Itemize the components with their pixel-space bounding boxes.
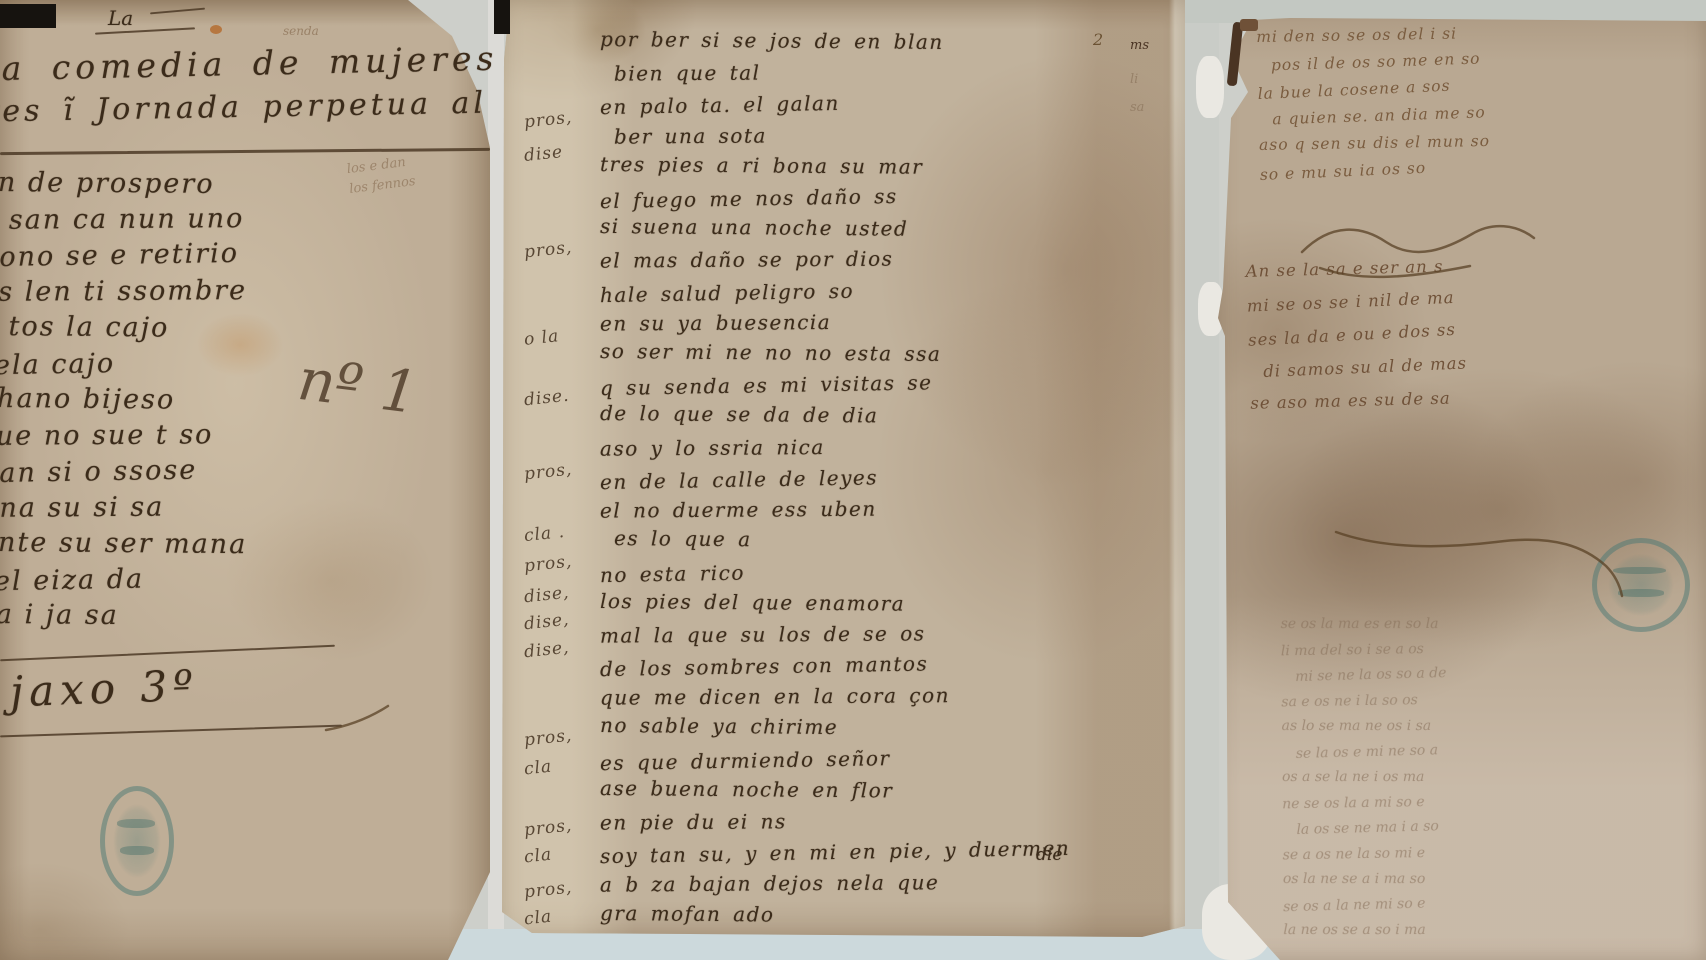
speaker-label: cla: [523, 757, 553, 780]
dialogue-line: el mas daño se por dios: [600, 243, 1070, 277]
cast-line: una su si sa: [0, 489, 247, 527]
bleedthrough-line: la ne os se a so i ma: [1283, 918, 1448, 944]
faded-text-block-top: mi den so se os del i si pos il de os so…: [1256, 19, 1491, 187]
cast-line: hono se e retirio: [0, 236, 248, 277]
torn-corner-ink-mark: [1240, 19, 1258, 31]
right-margin-note: sa: [1130, 100, 1144, 115]
cast-line: ante su ser mana: [0, 525, 247, 563]
cast-line: sa i ja sa: [0, 597, 247, 635]
line-end-note: die: [1036, 845, 1062, 865]
bleedthrough-line: ne se os la a mi so e: [1282, 789, 1448, 817]
dialogue-line: a b za bajan dejos nela que: [600, 867, 1070, 901]
cast-line: han si o ssose: [0, 452, 248, 493]
dialogue-line: por ber si se jos de en blan: [600, 24, 1070, 59]
cast-line: os len ti ssombre: [0, 273, 247, 311]
cast-line: e tos la cajo: [0, 309, 247, 347]
dialogue-line: en palo ta. el galan: [600, 84, 1071, 123]
speaker-label: cla: [523, 845, 553, 868]
bleedthrough-line: mi se ne la os so a de: [1295, 661, 1447, 690]
dialogue-line: ase buena noche en flor: [600, 773, 1070, 808]
speaker-label: cla .: [523, 522, 566, 546]
faint-side-notes: los e dan los fennos: [346, 152, 417, 200]
speaker-label: cla: [523, 907, 553, 930]
dialogue-line: si suena una noche usted: [600, 211, 1070, 246]
bleedthrough-line: os la ne se a i ma so: [1283, 867, 1448, 893]
wax-stain-dot: [210, 25, 222, 34]
header-flourish: La: [108, 6, 133, 30]
bleedthrough-text-block: se os la ma es en so la li ma del so i s…: [1281, 611, 1449, 944]
faded-text-line: se aso ma es su de sa: [1250, 381, 1469, 420]
bleedthrough-line: la os se ne ma i a so: [1296, 814, 1448, 843]
dialogue-line: el no duerme ess uben: [600, 492, 1070, 526]
page-gap-left: [488, 0, 504, 960]
scan-clamp-mark: [494, 0, 510, 34]
library-stamp-seal: [100, 786, 174, 896]
dialogue-line: de lo que se da de dia: [600, 398, 1070, 433]
bleedthrough-line: li ma del so i se a os: [1281, 636, 1447, 664]
bleedthrough-line: os a se la ne i os ma: [1282, 765, 1447, 791]
scan-clamp-mark: [0, 4, 56, 28]
bleedthrough-line: sa e os ne i la so os: [1281, 687, 1447, 715]
bleedthrough-line: as lo se ma ne os i sa: [1282, 714, 1447, 740]
manuscript-scan: La senda la comedia de mujeres res ĩ Jor…: [0, 0, 1706, 960]
cast-line: ela cajo: [0, 344, 248, 384]
cast-line: el eiza da: [0, 560, 248, 600]
cast-line: o san ca nun uno: [0, 201, 247, 239]
right-margin-note: li: [1130, 72, 1138, 87]
numero-annotation: nº 1: [294, 345, 421, 427]
cast-list: en de prospero o san ca nun uno hono se …: [0, 166, 247, 634]
cast-line: en de prospero: [0, 165, 247, 203]
dialogue-text-block: por ber si se jos de en blan bien que ta…: [600, 26, 1070, 931]
library-stamp-seal: [1592, 538, 1690, 632]
cast-line: chano bijeso: [0, 381, 247, 419]
speaker-label: dise: [523, 142, 564, 166]
dialogue-line: gra mofan ado: [600, 898, 1070, 933]
bleedthrough-line: se a os ne la so mi e: [1282, 840, 1448, 868]
speaker-label: o la: [523, 326, 560, 350]
cast-line: sue no sue t so: [0, 417, 247, 455]
dialogue-line: ber una sota: [614, 118, 1070, 152]
dialogue-line: que me dicen en la cora çon: [600, 680, 1070, 714]
faded-text-block-middle: An se la sa e ser an s mi se os se i nil…: [1245, 248, 1469, 421]
torn-edge-reveal: [1196, 56, 1224, 118]
bleedthrough-line: se os a la ne mi so e: [1283, 890, 1449, 920]
bleedthrough-line: se la os e mi ne so a: [1295, 737, 1447, 766]
faint-marginal-note: senda: [283, 24, 319, 38]
page-gap-right: [1183, 0, 1219, 960]
dialogue-line: en su ya buesencia: [600, 305, 1070, 339]
act-annotation: jaxo 3º: [9, 661, 199, 717]
bleedthrough-line: se os la ma es en so la: [1281, 612, 1446, 638]
dialogue-line: los pies del que enamora: [600, 586, 1070, 621]
right-margin-note: ms: [1130, 38, 1149, 53]
folio-number: 2: [1093, 30, 1103, 49]
